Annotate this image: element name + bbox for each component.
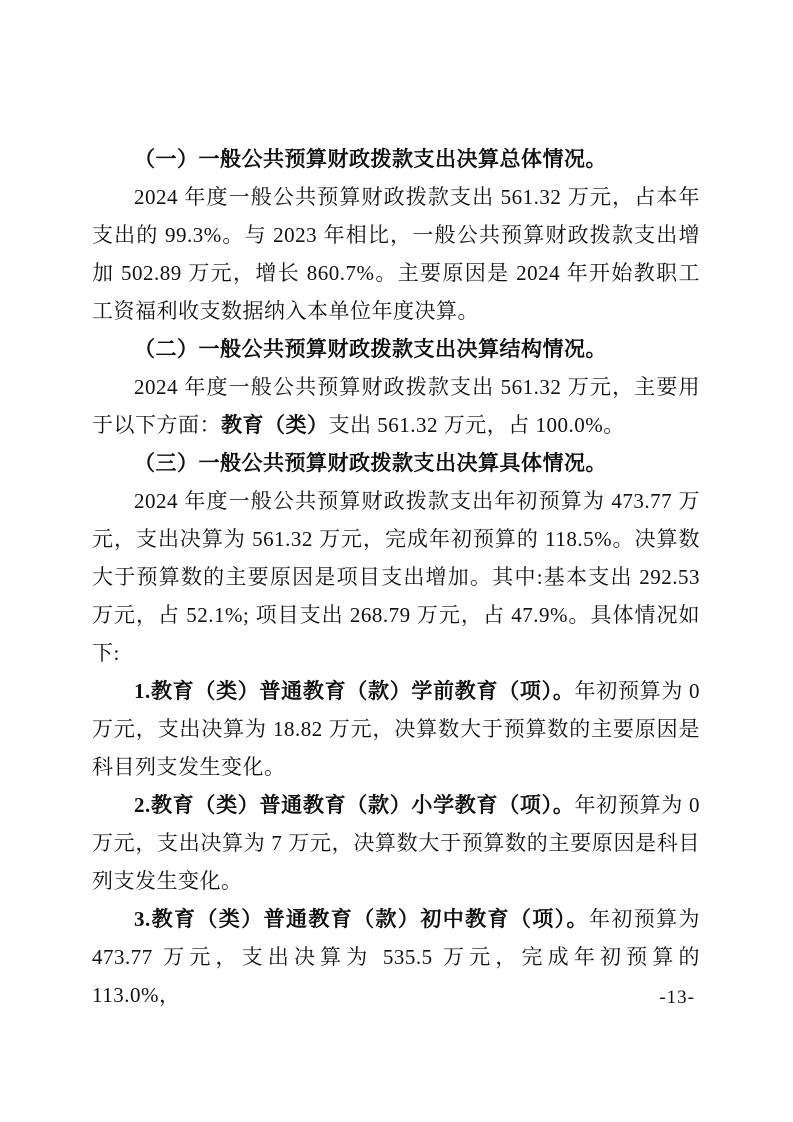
section-3-paragraph: 2024 年度一般公共预算财政拨款支出年初预算为 473.77 万元，支出决算为… bbox=[92, 482, 700, 672]
expense-category-label: 教育（类） bbox=[221, 413, 329, 437]
page-number: -13- bbox=[659, 986, 695, 1010]
section-3-heading-text: （三）一般公共预算财政拨款支出决算具体情况。 bbox=[134, 451, 607, 475]
section-3-paragraph-text: 2024 年度一般公共预算财政拨款支出年初预算为 473.77 万元，支出决算为… bbox=[92, 489, 700, 665]
budget-item-3: 3.教育（类）普通教育（款）初中教育（项）。年初预算为 473.77 万元，支出… bbox=[92, 900, 700, 1014]
budget-item-2-title: 2.教育（类）普通教育（款）小学教育（项）。 bbox=[134, 793, 575, 817]
section-1-paragraph: 2024 年度一般公共预算财政拨款支出 561.32 万元，占本年支出的 99.… bbox=[92, 178, 700, 330]
section-2-paragraph-tail: 支出 561.32 万元，占 100.0%。 bbox=[329, 413, 625, 437]
budget-item-1: 1.教育（类）普通教育（款）学前教育（项）。年初预算为 0 万元，支出决算为 1… bbox=[92, 672, 700, 786]
section-2-heading-text: （二）一般公共预算财政拨款支出决算结构情况。 bbox=[134, 337, 607, 361]
section-1-paragraph-text: 2024 年度一般公共预算财政拨款支出 561.32 万元，占本年支出的 99.… bbox=[92, 185, 700, 323]
section-1-heading: （一）一般公共预算财政拨款支出决算总体情况。 bbox=[92, 140, 700, 178]
document-page: （一）一般公共预算财政拨款支出决算总体情况。 2024 年度一般公共预算财政拨款… bbox=[0, 0, 793, 1122]
budget-item-2: 2.教育（类）普通教育（款）小学教育（项）。年初预算为 0 万元，支出决算为 7… bbox=[92, 786, 700, 900]
section-2-heading: （二）一般公共预算财政拨款支出决算结构情况。 bbox=[92, 330, 700, 368]
section-1-heading-text: （一）一般公共预算财政拨款支出决算总体情况。 bbox=[134, 147, 607, 171]
budget-item-1-title: 1.教育（类）普通教育（款）学前教育（项）。 bbox=[134, 679, 575, 703]
section-2-paragraph: 2024 年度一般公共预算财政拨款支出 561.32 万元，主要用于以下方面：教… bbox=[92, 368, 700, 444]
section-3-heading: （三）一般公共预算财政拨款支出决算具体情况。 bbox=[92, 444, 700, 482]
budget-item-3-title: 3.教育（类）普通教育（款）初中教育（项）。 bbox=[134, 907, 589, 931]
document-text-block: （一）一般公共预算财政拨款支出决算总体情况。 2024 年度一般公共预算财政拨款… bbox=[92, 140, 700, 1014]
